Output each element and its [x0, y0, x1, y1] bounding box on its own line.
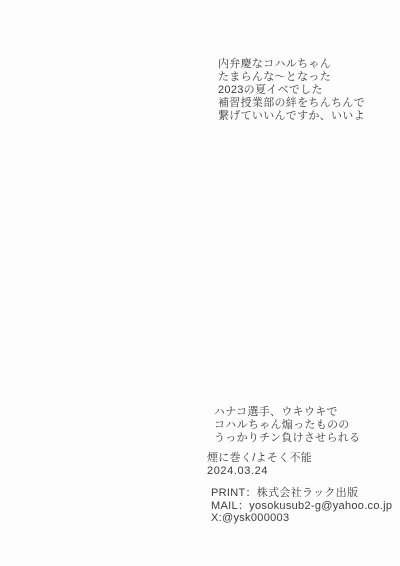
scanned-afterword-page: 内弁慶なコハルちゃん たまらんな〜となった 2023の夏イベでした 補習授業部の… — [0, 0, 400, 566]
comment-line: 補習授業部の絆をちんちんで — [218, 97, 365, 110]
story-note-block: ハナコ選手、ウキウキで コハルちゃん煽ったものの うっかりチン負けさせられる — [214, 406, 360, 445]
comment-line: たまらんな〜となった — [218, 71, 365, 84]
title-date-block: 煙に巻く/よそく不能 2024.03.24 — [207, 452, 312, 478]
publication-date: 2024.03.24 — [207, 465, 312, 478]
story-note-line: うっかりチン負けさせられる — [214, 432, 360, 445]
print-credit: PRINT：株式会社ラック出版 — [211, 487, 392, 500]
x-handle: X:@ysk000003 — [211, 512, 392, 525]
comment-line: 2023の夏イベでした — [218, 84, 365, 97]
afterword-comment-block: 内弁慶なコハルちゃん たまらんな〜となった 2023の夏イベでした 補習授業部の… — [218, 58, 365, 123]
story-note-line: ハナコ選手、ウキウキで — [214, 406, 360, 419]
story-note-line: コハルちゃん煽ったものの — [214, 419, 360, 432]
comment-line: 繋げていいんですか、いいよ — [218, 110, 365, 123]
work-title: 煙に巻く/よそく不能 — [207, 452, 312, 465]
mail-credit: MAIL：yosokusub2-g@yahoo.co.jp — [211, 500, 392, 513]
credits-block: PRINT：株式会社ラック出版 MAIL：yosokusub2-g@yahoo.… — [211, 487, 392, 525]
comment-line: 内弁慶なコハルちゃん — [218, 58, 365, 71]
